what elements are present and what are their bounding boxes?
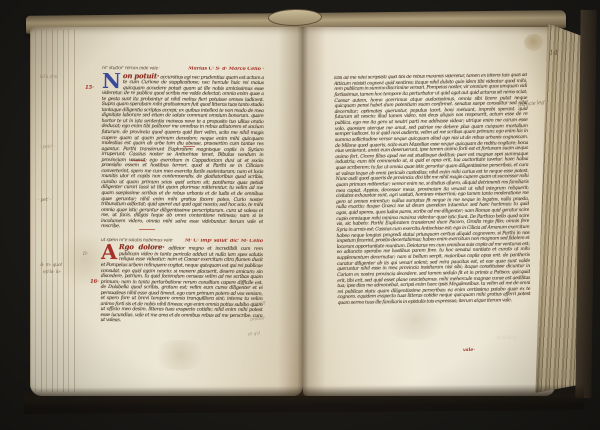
section1-body: Non potuit· accuratius agi nec prudentiu…: [101, 72, 264, 230]
margin-gloss-top: Gl'a d'ni: [40, 75, 57, 80]
ink-showthrough: ~ ~ ~ ~: [497, 336, 523, 344]
right-page-body: Etsi ad me nihil scripsisti quid tibi de…: [334, 73, 531, 307]
gutter-shadow: [278, 27, 326, 396]
section1-rubric-line: nr' stultor' rerum inde vale · Marius C·…: [102, 66, 264, 72]
right-page-red-explicit: vale·: [463, 348, 475, 353]
book-bottom-shadow: [24, 384, 584, 414]
right-text-column: Etsi ad me nihil scripsisti quid tibi de…: [334, 73, 531, 307]
margin-chapter-number-16: 16·: [90, 280, 99, 285]
left-text-column: nr' stultor' rerum inde vale · Marius C·…: [100, 66, 264, 325]
parchment-blotch: [150, 340, 210, 370]
margin-note-mid: · petr' ·: [40, 145, 55, 150]
section2-rubric-pre: ut spem nr'e salutis habemus vale·: [101, 238, 181, 244]
section2-incipit: Rgo dolore·: [119, 244, 165, 251]
illuminated-initial-A: A: [101, 244, 119, 260]
left-page-edges: [30, 30, 78, 392]
rubrication-mark: [139, 229, 155, 230]
section1-rubric-pre: nr' stultor' rerum inde vale ·: [102, 66, 184, 72]
section2-body-text: adficior magno et incredibili cum rem pu…: [100, 247, 262, 324]
margin-note-pet: · pet' ·: [38, 198, 51, 203]
section2-rubric-line: ut spem nr'e salutis habemus vale· M· C·…: [101, 238, 263, 244]
rubrication-mark: [131, 160, 145, 161]
rubrication-mark: [183, 146, 195, 147]
folio-number: 14: [549, 49, 558, 57]
gutter-note-3: et q'd: [248, 331, 260, 337]
ink-showthrough: ~ ~ ~ ~ ~ ~: [497, 230, 535, 238]
margin-note-am-1: A· m· quot: [40, 263, 62, 268]
margin-note-am-2: ep'la· io·: [43, 270, 61, 275]
manuscript-photo: nr' stultor' rerum inde vale · Marius C·…: [0, 0, 600, 430]
illuminated-initial-N: N: [102, 72, 123, 88]
section1-rubric: Marius C· S· d· Marco Celio ·: [188, 67, 264, 73]
margin-note-d: D·: [83, 252, 88, 257]
parchment-stain: [524, 34, 544, 51]
right-page-body-text: Etsi ad me nihil scripsisti quid tibi de…: [334, 73, 531, 306]
section2-body: ARgo dolore· adficior magno et incredibi…: [100, 244, 262, 325]
section1-body-text: accuratius agi nec prudentius quam est a…: [101, 75, 264, 230]
section1-incipit: on potuit·: [123, 72, 159, 79]
parchment-blotch: [380, 300, 450, 340]
section2-rubric: M· C· imp· salut' dic' M· Celio: [185, 238, 263, 244]
margin-chapter-number-15: 15·: [85, 86, 94, 91]
